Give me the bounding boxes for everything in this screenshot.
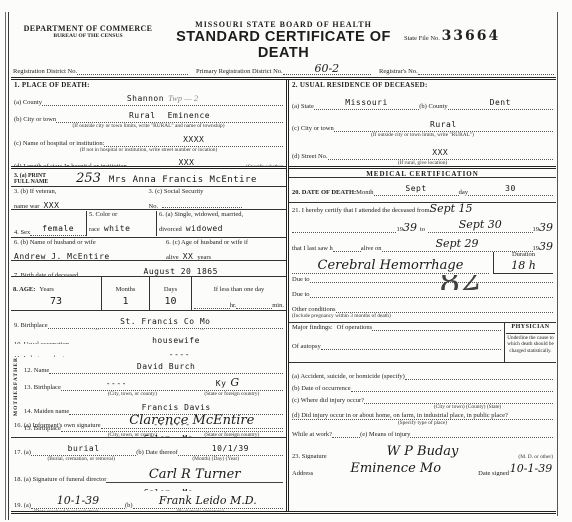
- last-saw-date-handwriting: Sept 29: [436, 237, 479, 250]
- usual-residence-title: 2. USUAL RESIDENCE OF DECEASED:: [292, 81, 553, 89]
- color-race-value: white: [104, 224, 131, 233]
- age-months-value: 1: [104, 296, 147, 307]
- city-or-town-value: Rural: [129, 111, 156, 120]
- informant-signature-blank: Clarence McEntire: [101, 412, 283, 429]
- township-handwritten-note: Twp — 2: [168, 93, 198, 103]
- date-of-occurrence-label: (b) Date of occurrence: [292, 385, 351, 392]
- section-usual-residence: 2. USUAL RESIDENCE OF DECEASED: (a) Stat…: [289, 80, 556, 166]
- registrar-number-blank: [418, 74, 554, 75]
- marital-status-group: 6. (a) Single, widowed, married, divorce…: [156, 211, 283, 236]
- residence-county-value: Dent: [490, 98, 511, 107]
- attended-from-blank: [292, 232, 396, 233]
- medical-certification-title: MEDICAL CERTIFICATION: [289, 166, 556, 177]
- physician-signature-handwriting: W P Buday: [387, 444, 459, 459]
- sex-group: 4. Sex female: [14, 219, 86, 236]
- registration-district-label: Registration District No.: [13, 68, 77, 75]
- father-name-row: 12. Name David Burch: [21, 357, 286, 374]
- age-months-label: Months: [116, 286, 136, 293]
- registrar-signature-prefix: (b): [125, 502, 133, 509]
- physician-sidebar: PHYSICIAN Underline the cause to which d…: [504, 323, 556, 362]
- major-findings-block: Major findings: Of operations Of autopsy…: [289, 322, 556, 362]
- place-of-death-title: 1. PLACE OF DEATH:: [14, 81, 283, 89]
- primary-registration-blank: 60-2: [283, 64, 371, 75]
- last-saw-year-handwriting: 39: [539, 242, 553, 252]
- injury-location-type-label: (d) Did injury occur in or about home, o…: [292, 412, 553, 419]
- spouse-age-value: XX: [183, 252, 194, 260]
- death-month-label: Month: [356, 189, 373, 196]
- burial-label: 17. (a): [14, 449, 31, 456]
- residence-state-blank: Missouri: [314, 93, 419, 110]
- spouse-age-label-line1: 6. (c) Age of husband or wife if: [166, 239, 283, 246]
- residence-county-label: (b) County: [419, 103, 447, 110]
- father-side-label: FATHER: [13, 357, 19, 385]
- full-name-blank: 253 Mrs Anna Francis McEntire: [50, 170, 283, 186]
- residence-street-value: XXX: [432, 148, 448, 157]
- duration-handwriting: 18 h: [496, 261, 551, 271]
- veteran-group: 3. (b) If veteran, name war XXX: [14, 188, 149, 209]
- physician-address-label: Address: [292, 470, 313, 476]
- duration-label: Duration: [512, 252, 535, 258]
- death-day-blank: 30: [468, 179, 553, 196]
- age-days-cell: Days 10: [149, 277, 191, 310]
- registrar-date-handwriting: 10-1-39: [57, 494, 99, 507]
- physician-address-handwriting: Eminence Mo: [350, 461, 441, 476]
- form-body: 1. PLACE OF DEATH: (a) County Shannon Tw…: [11, 77, 556, 514]
- external-causes-title-row: 22. If death was due to external causes,…: [289, 362, 556, 372]
- social-security-label-line1: 3. (c) Social Security: [149, 188, 284, 195]
- city-or-town-blank: Rural Eminence: [56, 106, 283, 123]
- birthplace-row: 9. Birthplace St. Francis Co Mo (City, t…: [11, 310, 286, 330]
- physician-signature-row: 23. Signature W P Buday (M. D. or other): [289, 442, 556, 459]
- age-years-label: Years: [39, 286, 54, 293]
- due-to-label-2: Due to: [292, 291, 310, 298]
- while-at-work-label: While at work?: [292, 431, 332, 438]
- of-operations-label: Of operations: [333, 324, 373, 331]
- primary-registration-value-handwriting: 60-2: [314, 62, 339, 75]
- hospital-row: (c) Name of hospital or institution: XXX…: [14, 130, 283, 147]
- physician-address-blank: Eminence Mo: [313, 460, 478, 476]
- to-year-handwriting: 39: [539, 223, 553, 233]
- birth-date-blank: August 20 1865: [78, 262, 283, 276]
- burial-date-value: 10/1/39: [212, 444, 249, 453]
- of-autopsy-label: Of autopsy: [292, 343, 321, 350]
- death-month-value: Sept: [405, 184, 426, 193]
- industry-value: ----: [169, 350, 190, 357]
- industry-row: 11. Industry or business ----: [11, 344, 286, 357]
- spouse-name-value: Andrew J. McEntire: [14, 252, 110, 260]
- registrar-signature-note: (Registrar's signature): [117, 509, 283, 511]
- registrar-row: 19. (a) 10-1-39 (b) Frank Leido M.D. (Da…: [11, 491, 286, 511]
- birthplace-blank: St. Francis Co Mo: [48, 312, 283, 329]
- marital-label-line1: 6. (a) Single, widowed, married,: [159, 211, 283, 218]
- burial-date-blank: 10/1/39: [178, 439, 283, 456]
- residence-street-row: (d) Street No. XXX: [292, 143, 553, 160]
- veteran-value: XXX: [43, 201, 59, 209]
- registrar-number-group: Registrar's No.: [379, 68, 554, 75]
- registrar-number-label: Registrar's No.: [379, 68, 418, 75]
- board-title: MISSOURI STATE BOARD OF HEALTH: [163, 20, 404, 29]
- age-row: 8. AGE: Years 73 Months 1 Days 10: [11, 276, 286, 310]
- registrar-signature-handwriting: Frank Leido M.D.: [159, 494, 257, 507]
- hours-blank: [194, 308, 230, 309]
- primary-registration-label: Primary Registration District No.: [196, 68, 283, 75]
- township-name-value: Eminence: [168, 111, 211, 120]
- informant-address-blank: Salem Mo: [54, 429, 283, 437]
- less-than-one-day-label: If less than one day: [214, 286, 265, 293]
- hospital-value: XXXX: [183, 135, 204, 144]
- county-row: (a) County Shannon Twp — 2: [14, 89, 283, 106]
- department-title: DEPARTMENT OF COMMERCE: [13, 24, 163, 33]
- color-race-group: 5. Color or race white: [86, 211, 156, 236]
- date-of-occurrence-blank: [351, 391, 553, 392]
- department-block: DEPARTMENT OF COMMERCE BUREAU OF THE CEN…: [13, 20, 163, 39]
- certify-statement-line1: 21. I hereby certify that I attended the…: [292, 207, 430, 214]
- occupation-row: 10. Usual occupation housewife: [11, 330, 286, 344]
- certificate-header: DEPARTMENT OF COMMERCE BUREAU OF THE CEN…: [11, 18, 556, 61]
- registration-district-blank: [77, 74, 188, 75]
- sex-blank: female: [30, 219, 86, 236]
- bureau-subtitle: BUREAU OF THE CENSUS: [13, 33, 163, 39]
- father-name-label: 12. Name: [24, 367, 49, 374]
- case-number-handwriting: 253: [76, 171, 101, 186]
- color-race-label-line2: race: [89, 226, 100, 233]
- informant-signature-handwriting: Clarence McEntire: [129, 413, 254, 428]
- residence-street-blank: XXX: [328, 143, 553, 160]
- age-months-cell: Months 1: [101, 277, 149, 310]
- while-at-work-row: While at work? (e) Means of injury: [289, 430, 556, 442]
- operations-blank: [372, 330, 501, 331]
- parents-side-labels: FATHER MOTHER: [11, 357, 21, 411]
- due-to-blank-1: [310, 282, 553, 283]
- attended-to-blank: Sept 30: [428, 216, 532, 233]
- right-column: 2. USUAL RESIDENCE OF DECEASED: (a) Stat…: [289, 80, 556, 511]
- informant-signature-label: 16. (a) Informant's own signature: [14, 422, 101, 429]
- spouse-row: 6. (b) Name of husband or wife Andrew J.…: [11, 237, 286, 260]
- father-birthplace-label: 13. Birthplace: [24, 384, 61, 391]
- sex-label: 4. Sex: [14, 229, 30, 236]
- date-signed-handwriting: 10-1-39: [510, 462, 552, 475]
- residence-city-value: Rural: [430, 120, 457, 129]
- full-name-row: 3. (a) PRINT FULL NAME 253 Mrs Anna Fran…: [11, 166, 286, 186]
- state-file-number-stamp: 33664: [442, 28, 501, 44]
- veteran-social-security-row: 3. (b) If veteran, name war XXX 3. (c) S…: [11, 186, 286, 209]
- underline-cause-instruction: Underline the cause to which death shoul…: [506, 335, 555, 355]
- last-saw-date-blank: Sept 29: [382, 235, 533, 252]
- age-less-than-day-cell: If less than one day hr. min.: [191, 277, 286, 310]
- injury-location-type-note: (Specify type of place): [292, 420, 553, 426]
- certificate-form: DEPARTMENT OF COMMERCE BUREAU OF THE CEN…: [11, 18, 556, 514]
- due-to-row-1: 82 Due to: [289, 275, 556, 290]
- registration-district-group: Registration District No.: [13, 68, 188, 75]
- immediate-cause-handwriting: Cerebral Hemorrhage: [318, 258, 464, 273]
- birth-date-value: August 20 1865: [144, 267, 218, 276]
- sex-value: female: [42, 224, 74, 233]
- left-column: 1. PLACE OF DEATH: (a) County Shannon Tw…: [11, 80, 289, 511]
- funeral-director-signature-handwriting: Carl R Turner: [149, 467, 241, 482]
- autopsy-blank: [321, 349, 501, 350]
- attended-to-handwriting: Sept 30: [459, 218, 502, 231]
- full-name-label-block: 3. (a) PRINT FULL NAME: [14, 173, 50, 185]
- full-name-label: FULL NAME: [14, 179, 50, 185]
- alive-on-label: alive on: [361, 245, 382, 252]
- accident-suicide-label: (a) Accident, suicide, or homicide (spec…: [292, 373, 405, 380]
- certificate-title: STANDARD CERTIFICATE OF DEATH: [163, 29, 404, 61]
- attended-from-handwriting: Sept 15: [430, 204, 473, 214]
- birthplace-label: 9. Birthplace: [14, 322, 48, 329]
- spouse-name-label: 6. (b) Name of husband or wife: [14, 239, 166, 246]
- immediate-cause-row: Immediate cause of death Cerebral Hemorr…: [289, 252, 556, 275]
- parents-block: FATHER MOTHER 12. Name David Burch: [11, 357, 286, 411]
- means-of-injury-label: (e) Means of injury: [360, 431, 410, 438]
- residence-county-blank: Dent: [448, 93, 553, 110]
- funeral-director-signature-label: 18. (a) Signature of funeral director: [14, 476, 106, 483]
- hospital-blank: XXXX: [104, 130, 283, 147]
- father-birthplace-handwritten-mark: G: [230, 376, 239, 389]
- injury-location-type-row: (d) Did injury occur in or about home, o…: [289, 411, 556, 430]
- death-day-label: day: [459, 189, 468, 196]
- registration-district-row: Registration District No. Primary Regist…: [11, 61, 556, 77]
- physician-sidebar-title: PHYSICIAN: [506, 324, 555, 334]
- father-name-value: David Burch: [137, 362, 195, 371]
- scan-right-edge-line: [557, 12, 558, 516]
- age-years-cell: 8. AGE: Years 73: [11, 277, 101, 310]
- physician-address-row: Address Eminence Mo Date signed 10-1-39: [289, 459, 556, 476]
- age-days-label: Days: [164, 286, 177, 293]
- residence-city-blank: Rural: [334, 115, 553, 132]
- other-conditions-row: Other conditions (Include pregnancy with…: [289, 305, 556, 322]
- scan-left-edge-line: [5, 12, 9, 520]
- social-security-blank: [162, 207, 242, 208]
- father-birthstate-value: Ky: [216, 379, 227, 388]
- funeral-director-row: 18. (a) Signature of funeral director Ca…: [11, 465, 286, 491]
- burial-date-label: (b) Date thereof: [136, 449, 178, 456]
- social-security-group: 3. (c) Social Security No.: [149, 188, 284, 209]
- physician-signature-blank: W P Buday: [327, 443, 519, 459]
- city-or-town-label: (b) City or town: [14, 116, 56, 123]
- burial-blank: burial: [31, 439, 136, 456]
- spouse-name-group: 6. (b) Name of husband or wife Andrew J.…: [14, 239, 166, 260]
- death-month-blank: Sept: [374, 179, 459, 196]
- due-to-row-2: Due to: [289, 290, 556, 305]
- minutes-label: min.: [272, 302, 284, 309]
- father-birthplace-value: ----: [106, 379, 127, 388]
- registrar-date-label: 19. (a): [14, 502, 31, 509]
- county-label: (a) County: [14, 99, 42, 106]
- hours-label: hr.: [230, 302, 237, 309]
- date-signed-label: Date signed: [478, 470, 509, 476]
- attendance-certification-row: 21. I hereby certify that I attended the…: [289, 202, 556, 252]
- spouse-age-group: 6. (c) Age of husband or wife if alive X…: [166, 239, 283, 260]
- full-name-value: Mrs Anna Francis McEntire: [109, 175, 257, 185]
- section-place-of-death: 1. PLACE OF DEATH: (a) County Shannon Tw…: [11, 80, 286, 166]
- state-file-label: State File No.: [404, 35, 440, 42]
- length-of-stay-value: XXX: [178, 158, 194, 166]
- last-saw-label: that I last saw h: [292, 245, 333, 252]
- burial-row: 17. (a) burial (b) Date thereof 10/1/39 …: [11, 437, 286, 465]
- age-days-value: 10: [152, 296, 189, 307]
- where-injury-row: (c) Where did injury occur? (City or tow…: [289, 396, 556, 411]
- county-blank: Shannon Twp — 2: [42, 89, 283, 106]
- father-birthplace-row: 13. Birthplace ---- Ky G (City, town, or…: [21, 374, 286, 397]
- major-findings-label: Major findings:: [292, 324, 333, 331]
- marital-label-line2: divorced: [159, 226, 182, 233]
- father-name-blank: David Burch: [49, 357, 283, 374]
- where-injury-label: (c) Where did injury occur?: [292, 397, 364, 404]
- hospital-label: (c) Name of hospital or institution:: [14, 140, 104, 147]
- means-of-injury-blank: [410, 437, 553, 438]
- due-to-label-1: Due to: [292, 276, 310, 283]
- to-label: to: [417, 226, 428, 233]
- where-injury-note: (City or town) (County) (State): [292, 404, 553, 410]
- length-of-stay-blank: XXX: [127, 153, 246, 166]
- accident-suicide-blank: [405, 379, 553, 380]
- length-of-stay-row: (d) Length of stay: In hospital or insti…: [14, 153, 283, 166]
- funeral-director-signature-blank: Carl R Turner: [106, 466, 283, 483]
- due-to-blank-2: [310, 297, 553, 298]
- from-year-handwriting: 39: [403, 223, 417, 233]
- residence-state-value: Missouri: [345, 98, 388, 107]
- primary-registration-group: Primary Registration District No. 60-2: [196, 64, 371, 75]
- accident-suicide-row: (a) Accident, suicide, or homicide (spec…: [289, 372, 556, 384]
- industry-blank: ----: [76, 345, 283, 357]
- veteran-label-line1: 3. (b) If veteran,: [14, 188, 149, 195]
- date-of-death-label: 20. DATE OF DEATH:: [292, 189, 356, 196]
- title-block: MISSOURI STATE BOARD OF HEALTH STANDARD …: [163, 20, 404, 61]
- father-birthstate-blank: Ky G: [172, 374, 283, 391]
- death-certificate-scan: DEPARTMENT OF COMMERCE BUREAU OF THE CEN…: [0, 0, 572, 522]
- registrar-date-note: (Date received local registrar): [14, 509, 117, 511]
- residence-street-instruction: (If rural, give location): [292, 160, 553, 166]
- age-years-value: 73: [13, 296, 99, 307]
- residence-state-label: (a) State: [292, 103, 314, 110]
- print-label: 3. (a) PRINT: [14, 173, 50, 179]
- burial-value: burial: [68, 444, 100, 453]
- residence-street-label: (d) Street No.: [292, 153, 328, 160]
- county-value: Shannon: [127, 94, 164, 103]
- while-at-work-blank: [332, 437, 360, 438]
- birth-date-row: 7. Birth date of deceased August 20 1865…: [11, 260, 286, 276]
- residence-city-instruction: (If outside city or town limits, write "…: [292, 132, 553, 138]
- date-signed-blank: 10-1-39: [509, 460, 553, 476]
- occupation-value: housewife: [152, 336, 200, 344]
- date-of-occurrence-row: (b) Date of occurrence: [289, 384, 556, 396]
- immediate-cause-label: Immediate cause of death: [292, 252, 359, 254]
- immediate-cause-blank: Cerebral Hemorrhage: [292, 257, 489, 274]
- death-day-value: 30: [505, 184, 516, 193]
- marital-value: widowed: [186, 224, 223, 233]
- minutes-blank: [236, 308, 272, 309]
- city-or-town-row: (b) City or town Rural Eminence: [14, 106, 283, 123]
- pregnancy-note: (Include pregnancy within 3 months of de…: [292, 313, 553, 319]
- color-race-label-line1: 5. Color or: [89, 211, 156, 218]
- occupation-blank: housewife: [69, 331, 283, 344]
- state-file-block: State File No. 33664: [404, 20, 554, 44]
- sex-color-marital-row: 4. Sex female 5. Color or race white 6. …: [11, 209, 286, 237]
- registrar-date-blank: 10-1-39: [31, 492, 125, 509]
- birthplace-value: St. Francis Co Mo: [120, 317, 210, 326]
- registrar-signature-blank: Frank Leido M.D.: [133, 492, 283, 509]
- date-of-death-row: 20. DATE OF DEATH: Month Sept day 30 yea…: [289, 177, 556, 202]
- father-birthplace-blank: ----: [61, 374, 172, 391]
- residence-city-label: (c) City or town: [292, 125, 334, 132]
- residence-state-county-row: (a) State Missouri (b) County Dent: [292, 93, 553, 110]
- age-label: 8. AGE:: [13, 286, 35, 293]
- residence-city-row: (c) City or town Rural: [292, 115, 553, 132]
- duration-box: Duration 18 h: [493, 252, 553, 274]
- funeral-director-address-blank: Salem Mo: [54, 483, 283, 491]
- informant-row: 16. (a) Informant's own signature Claren…: [11, 411, 286, 437]
